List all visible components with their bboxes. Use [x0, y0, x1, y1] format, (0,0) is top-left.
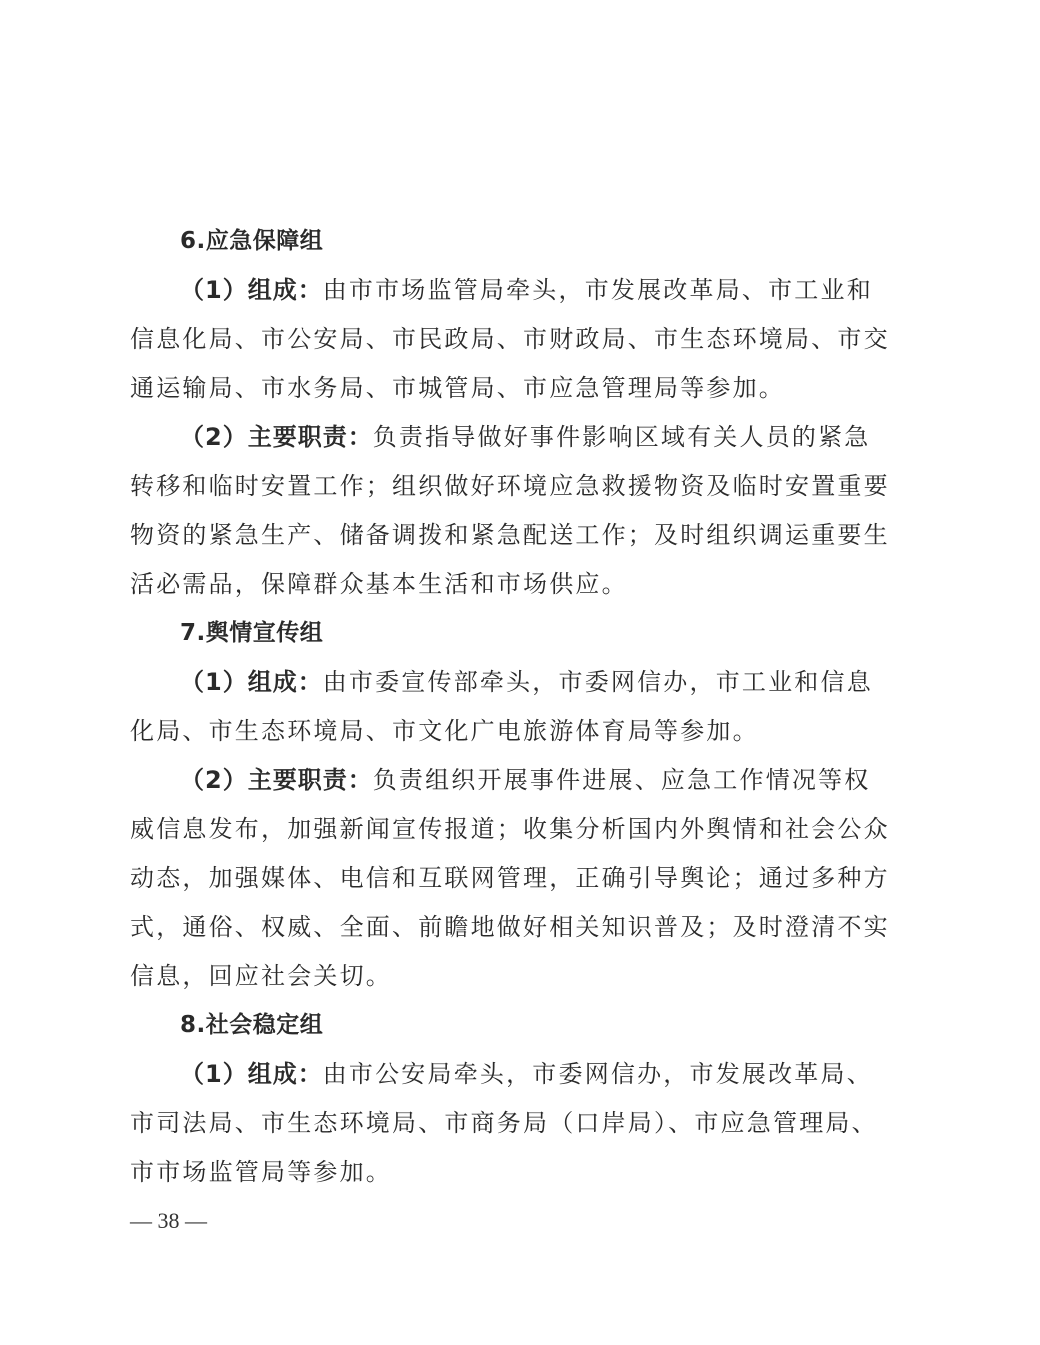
paragraph-line: （2）主要职责：负责组织开展事件进展、应急工作情况等权: [130, 756, 875, 805]
paragraph-line: 物资的紧急生产、储备调拨和紧急配送工作；及时组织调运重要生: [130, 511, 875, 560]
paragraph-line: 动态，加强媒体、电信和互联网管理，正确引导舆论；通过多种方: [130, 854, 875, 903]
item-text: 由市市场监管局牵头，市发展改革局、市工业和: [323, 276, 873, 304]
item-text: 负责组织开展事件进展、应急工作情况等权: [373, 766, 871, 794]
paragraph-line: 威信息发布，加强新闻宣传报道；收集分析国内外舆情和社会公众: [130, 805, 875, 854]
paragraph-line: （2）主要职责：负责指导做好事件影响区域有关人员的紧急: [130, 413, 875, 462]
item-label: （1）组成：: [180, 1060, 323, 1088]
paragraph-line: （1）组成：由市委宣传部牵头，市委网信办，市工业和信息: [130, 658, 875, 707]
item-label: （2）主要职责：: [180, 423, 373, 451]
paragraph-line: 式，通俗、权威、全面、前瞻地做好相关知识普及；及时澄清不实: [130, 903, 875, 952]
paragraph-line: 市司法局、市生态环境局、市商务局（口岸局）、市应急管理局、: [130, 1099, 875, 1148]
paragraph-line: （1）组成：由市公安局牵头，市委网信办，市发展改革局、: [130, 1050, 875, 1099]
item-label: （2）主要职责：: [180, 766, 373, 794]
paragraph-line: 转移和临时安置工作；组织做好环境应急救援物资及临时安置重要: [130, 462, 875, 511]
item-text: 由市公安局牵头，市委网信办，市发展改革局、: [323, 1060, 873, 1088]
document-page: 6.应急保障组 （1）组成：由市市场监管局牵头，市发展改革局、市工业和 信息化局…: [130, 217, 875, 1197]
item-label: （1）组成：: [180, 276, 323, 304]
paragraph-line: 信息化局、市公安局、市民政局、市财政局、市生态环境局、市交: [130, 315, 875, 364]
section-heading: 8.社会稳定组: [130, 1001, 875, 1050]
section-heading: 7.舆情宣传组: [130, 609, 875, 658]
paragraph-line: 化局、市生态环境局、市文化广电旅游体育局等参加。: [130, 707, 875, 756]
paragraph-line: 通运输局、市水务局、市城管局、市应急管理局等参加。: [130, 364, 875, 413]
paragraph-line: 信息，回应社会关切。: [130, 952, 875, 1001]
paragraph-line: （1）组成：由市市场监管局牵头，市发展改革局、市工业和: [130, 266, 875, 315]
section-heading: 6.应急保障组: [130, 217, 875, 266]
paragraph-line: 市市场监管局等参加。: [130, 1148, 875, 1197]
paragraph-line: 活必需品，保障群众基本生活和市场供应。: [130, 560, 875, 609]
page-number: — 38 —: [130, 1208, 207, 1234]
item-text: 负责指导做好事件影响区域有关人员的紧急: [373, 423, 871, 451]
item-text: 由市委宣传部牵头，市委网信办，市工业和信息: [323, 668, 873, 696]
item-label: （1）组成：: [180, 668, 323, 696]
